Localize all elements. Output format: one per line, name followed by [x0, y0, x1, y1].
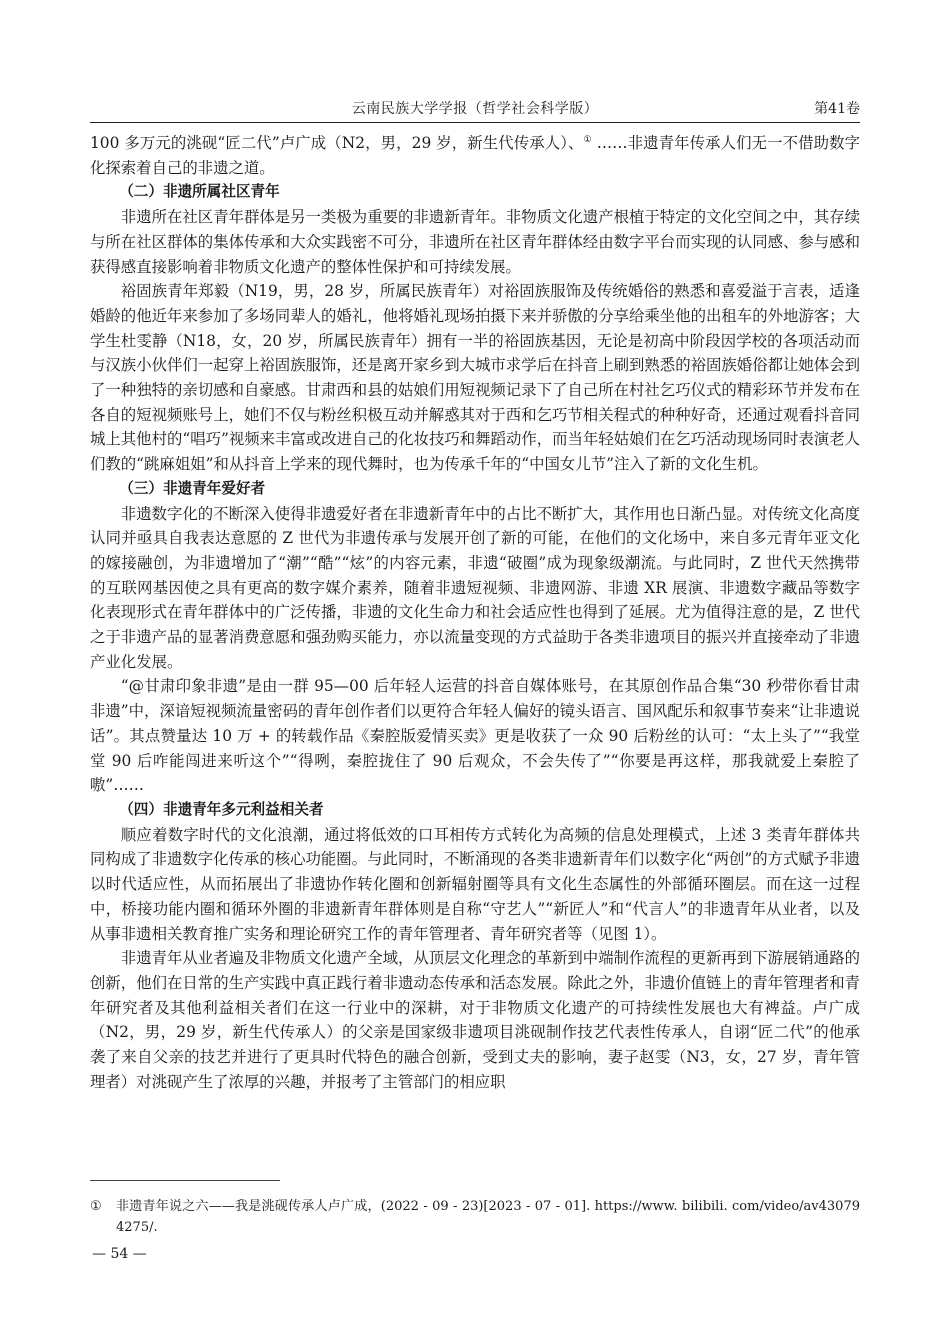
page-number: — 54 —: [92, 1246, 147, 1262]
paragraph: 顺应着数字时代的文化浪潮，通过将低效的口耳相传方式转化为高频的信息处理模式，上述…: [90, 823, 860, 947]
paragraph: 非遗青年从业者遍及非物质文化遗产全域，从顶层文化理念的革新到中端制作流程的更新再…: [90, 946, 860, 1094]
paragraph: “@甘肃印象非遗”是由一群 95—00 后年轻人运营的抖音自媒体账号，在其原创作…: [90, 674, 860, 798]
paragraph: 裕固族青年郑毅（N19，男，28 岁，所属民族青年）对裕固族服饰及传统婚俗的熟悉…: [90, 279, 860, 477]
paragraph: 非遗所在社区青年群体是另一类极为重要的非遗新青年。非物质文化遗产根植于特定的文化…: [90, 205, 860, 279]
footnote: ① 非遗青年说之六——我是洮砚传承人卢广成，(2022 - 09 - 23)[2…: [90, 1196, 860, 1238]
section-heading-3: （三）非遗青年爱好者: [90, 477, 860, 502]
footnote-marker: ①: [90, 1196, 102, 1217]
footnote-reference[interactable]: ①: [584, 135, 592, 145]
section-heading-4: （四）非遗青年多元利益相关者: [90, 798, 860, 823]
footnote-text: 非遗青年说之六——我是洮砚传承人卢广成，(2022 - 09 - 23)[202…: [90, 1196, 860, 1238]
article-body: 100 多万元的洮砚“匠二代”卢广成（N2，男，29 岁，新生代传承人）、① ……: [90, 131, 860, 1094]
running-header: 云南民族大学学报（哲学社会科学版） 第41卷: [90, 96, 860, 123]
section-heading-2: （二）非遗所属社区青年: [90, 180, 860, 205]
paragraph-continuation: 100 多万元的洮砚“匠二代”卢广成（N2，男，29 岁，新生代传承人）、① ……: [90, 131, 860, 180]
paragraph: 非遗数字化的不断深入使得非遗爱好者在非遗新青年中的占比不断扩大，其作用也日渐凸显…: [90, 502, 860, 675]
volume-number: 第41卷: [814, 98, 860, 118]
footnote-divider: [90, 1180, 280, 1181]
journal-title: 云南民族大学学报（哲学社会科学版）: [90, 98, 860, 118]
